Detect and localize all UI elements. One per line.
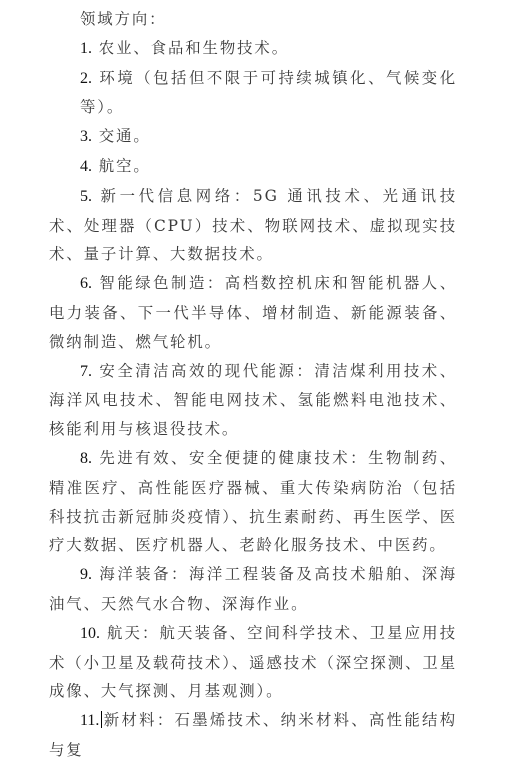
item-text: 环境（包括但不限于可持续城镇化、气候变化等）。 — [80, 69, 457, 117]
item-number: 4. — [80, 158, 92, 175]
item-text: 交通。 — [99, 127, 151, 145]
document-page: 领域方向： 1. 农业、食品和生物技术。 2. 环境（包括但不限于可持续城镇化、… — [49, 5, 457, 765]
list-item-10: 10. 航天：航天装备、空间科学技术、卫星应用技术（小卫星及载荷技术）、遥感技术… — [49, 619, 457, 706]
list-item-4: 4. 航空。 — [49, 152, 457, 182]
item-number: 11. — [80, 712, 99, 729]
item-number: 10. — [80, 625, 100, 642]
item-text: 智能绿色制造：高档数控机床和智能机器人、电力装备、下一代半导体、增材制造、新能源… — [49, 274, 457, 351]
item-text: 新一代信息网络：5G 通讯技术、光通讯技术、处理器（CPU）技术、物联网技术、虚… — [49, 187, 457, 264]
list-item-8: 8. 先进有效、安全便捷的健康技术：生物制药、精准医疗、高性能医疗器械、重大传染… — [49, 444, 457, 560]
item-text: 先进有效、安全便捷的健康技术：生物制药、精准医疗、高性能医疗器械、重大传染病防治… — [49, 449, 457, 554]
item-number: 9. — [80, 566, 92, 583]
item-number: 8. — [80, 450, 92, 467]
item-text: 农业、食品和生物技术。 — [99, 39, 289, 57]
item-number: 3. — [80, 128, 92, 145]
item-text: 航空。 — [99, 157, 151, 175]
list-item-9: 9. 海洋装备：海洋工程装备及高技术船舶、深海油气、天然气水合物、深海作业。 — [49, 560, 457, 619]
list-item-11[interactable]: 11.新材料：石墨烯技术、纳米材料、高性能结构与复 — [49, 706, 457, 765]
item-text: 航天：航天装备、空间科学技术、卫星应用技术（小卫星及载荷技术）、遥感技术（深空探… — [49, 624, 457, 701]
list-item-2: 2. 环境（包括但不限于可持续城镇化、气候变化等）。 — [49, 64, 457, 123]
item-text: 安全清洁高效的现代能源：清洁煤利用技术、海洋风电技术、智能电网技术、氢能燃料电池… — [49, 362, 457, 439]
item-number: 1. — [80, 40, 92, 57]
list-item-1: 1. 农业、食品和生物技术。 — [49, 34, 457, 64]
item-text[interactable]: 新材料：石墨烯技术、纳米材料、高性能结构与复 — [49, 711, 457, 759]
item-number: 5. — [80, 188, 92, 205]
list-item-6: 6. 智能绿色制造：高档数控机床和智能机器人、电力装备、下一代半导体、增材制造、… — [49, 269, 457, 356]
intro-heading: 领域方向： — [49, 5, 457, 34]
item-number: 7. — [80, 363, 92, 380]
item-text: 海洋装备：海洋工程装备及高技术船舶、深海油气、天然气水合物、深海作业。 — [49, 565, 457, 613]
list-item-7: 7. 安全清洁高效的现代能源：清洁煤利用技术、海洋风电技术、智能电网技术、氢能燃… — [49, 357, 457, 444]
list-item-3: 3. 交通。 — [49, 122, 457, 152]
list-item-5: 5. 新一代信息网络：5G 通讯技术、光通讯技术、处理器（CPU）技术、物联网技… — [49, 182, 457, 269]
item-number: 2. — [80, 70, 92, 87]
item-number: 6. — [80, 275, 92, 292]
